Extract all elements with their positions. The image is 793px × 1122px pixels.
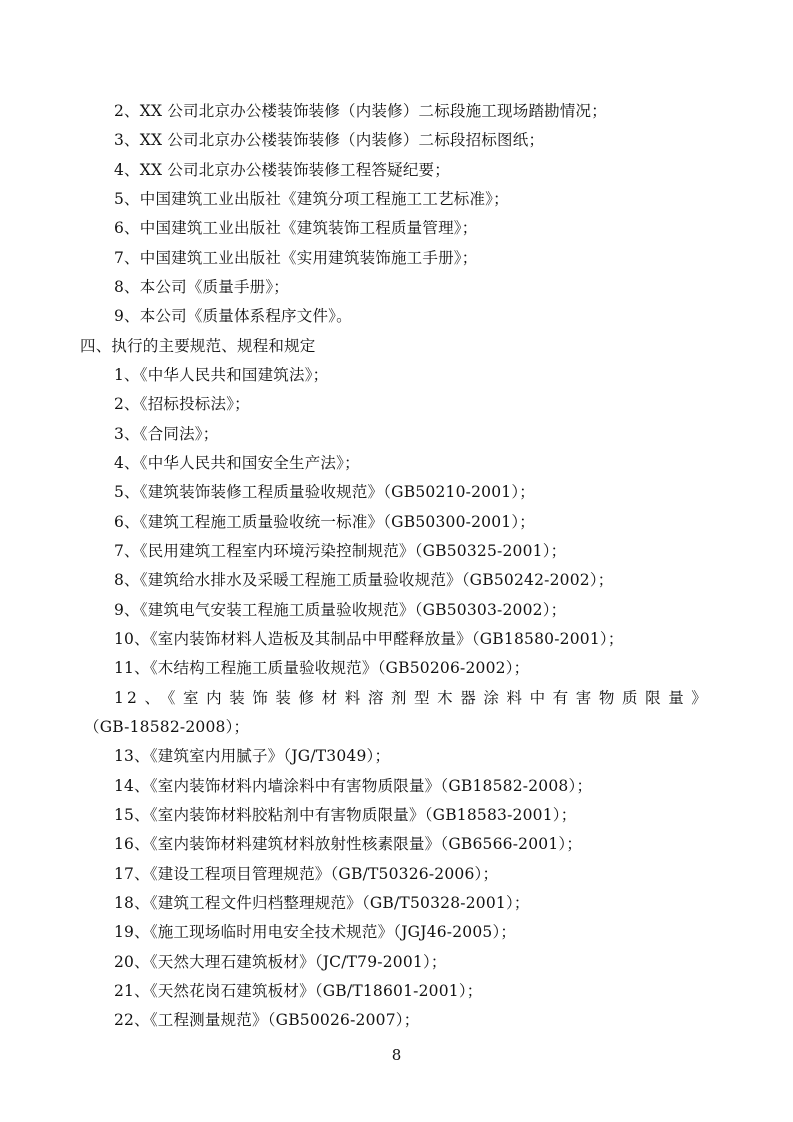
list-item: 4、XX 公司北京办公楼装饰装修工程答疑纪要； — [114, 160, 450, 180]
list-item: 19、《施工现场临时用电安全技术规范》（JGJ46-2005）； — [114, 922, 516, 942]
list-item: 10、《室内装饰材料人造板及其制品中甲醛释放量》（GB18580-2001）； — [114, 629, 624, 649]
list-item: 4、《中华人民共和国安全生产法》； — [114, 453, 360, 473]
list-item: 15、《室内装饰材料胶粘剂中有害物质限量》（GB18583-2001）； — [114, 805, 576, 825]
page-number: 8 — [0, 1046, 793, 1064]
list-item: 1、《中华人民共和国建筑法》； — [114, 365, 328, 385]
document-page: 2、XX 公司北京办公楼装饰装修（内装修）二标段施工现场踏勘情况； 3、XX 公… — [0, 0, 793, 1122]
list-item: 11、《木结构工程施工质量验收规范》（GB50206-2002）； — [114, 658, 529, 678]
list-item: 13、《建筑室内用腻子》（JG/T3049）； — [114, 746, 390, 766]
list-item: 3、《合同法》； — [114, 424, 218, 444]
list-item: 2、《招标投标法》； — [114, 394, 250, 414]
list-item: 21、《天然花岗石建筑板材》（GB/T18601-2001）； — [114, 981, 483, 1001]
section-heading: 四、执行的主要规范、规程和规定 — [80, 336, 316, 356]
list-item: 18、《建筑工程文件归档整理规范》（GB/T50328-2001）； — [114, 893, 530, 913]
list-item: 20、《天然大理石建筑板材》（JC/T79-2001）； — [114, 952, 447, 972]
list-item: 8、《建筑给水排水及采暖工程施工质量验收规范》（GB50242-2002）； — [114, 570, 613, 590]
list-item: 14、《室内装饰材料内墙涂料中有害物质限量》（GB18582-2008）； — [114, 776, 592, 796]
list-item: 6、中国建筑工业出版社《建筑装饰工程质量管理》； — [114, 218, 477, 238]
list-item: 2、XX 公司北京办公楼装饰装修（内装修）二标段施工现场踏勘情况； — [114, 101, 607, 121]
list-item: 12、《室内装饰装修材料溶剂型木器涂料中有害物质限量》 — [114, 688, 710, 708]
list-item: 6、《建筑工程施工质量验收统一标准》（GB50300-2001）； — [114, 512, 535, 532]
list-item-continuation: （GB-18582-2008）； — [84, 717, 249, 737]
list-item: 3、XX 公司北京办公楼装饰装修（内装修）二标段招标图纸； — [114, 130, 544, 150]
list-item: 17、《建设工程项目管理规范》（GB/T50326-2006）； — [114, 864, 498, 884]
list-item: 9、本公司《质量体系程序文件》。 — [114, 306, 352, 326]
list-item: 22、《工程测量规范》（GB50026-2007）； — [114, 1010, 419, 1030]
list-item: 8、本公司《质量手册》； — [114, 277, 289, 297]
list-item: 7、《民用建筑工程室内环境污染控制规范》（GB50325-2001）； — [114, 541, 566, 561]
list-item: 9、《建筑电气安装工程施工质量验收规范》（GB50303-2002）； — [114, 600, 566, 620]
list-item: 16、《室内装饰材料建筑材料放射性核素限量》（GB6566-2001）； — [114, 834, 582, 854]
list-item: 5、中国建筑工业出版社《建筑分项工程施工工艺标准》； — [114, 189, 509, 209]
list-item: 5、《建筑装饰装修工程质量验收规范》（GB50210-2001）； — [114, 482, 535, 502]
list-item: 7、中国建筑工业出版社《实用建筑装饰施工手册》； — [114, 248, 477, 268]
